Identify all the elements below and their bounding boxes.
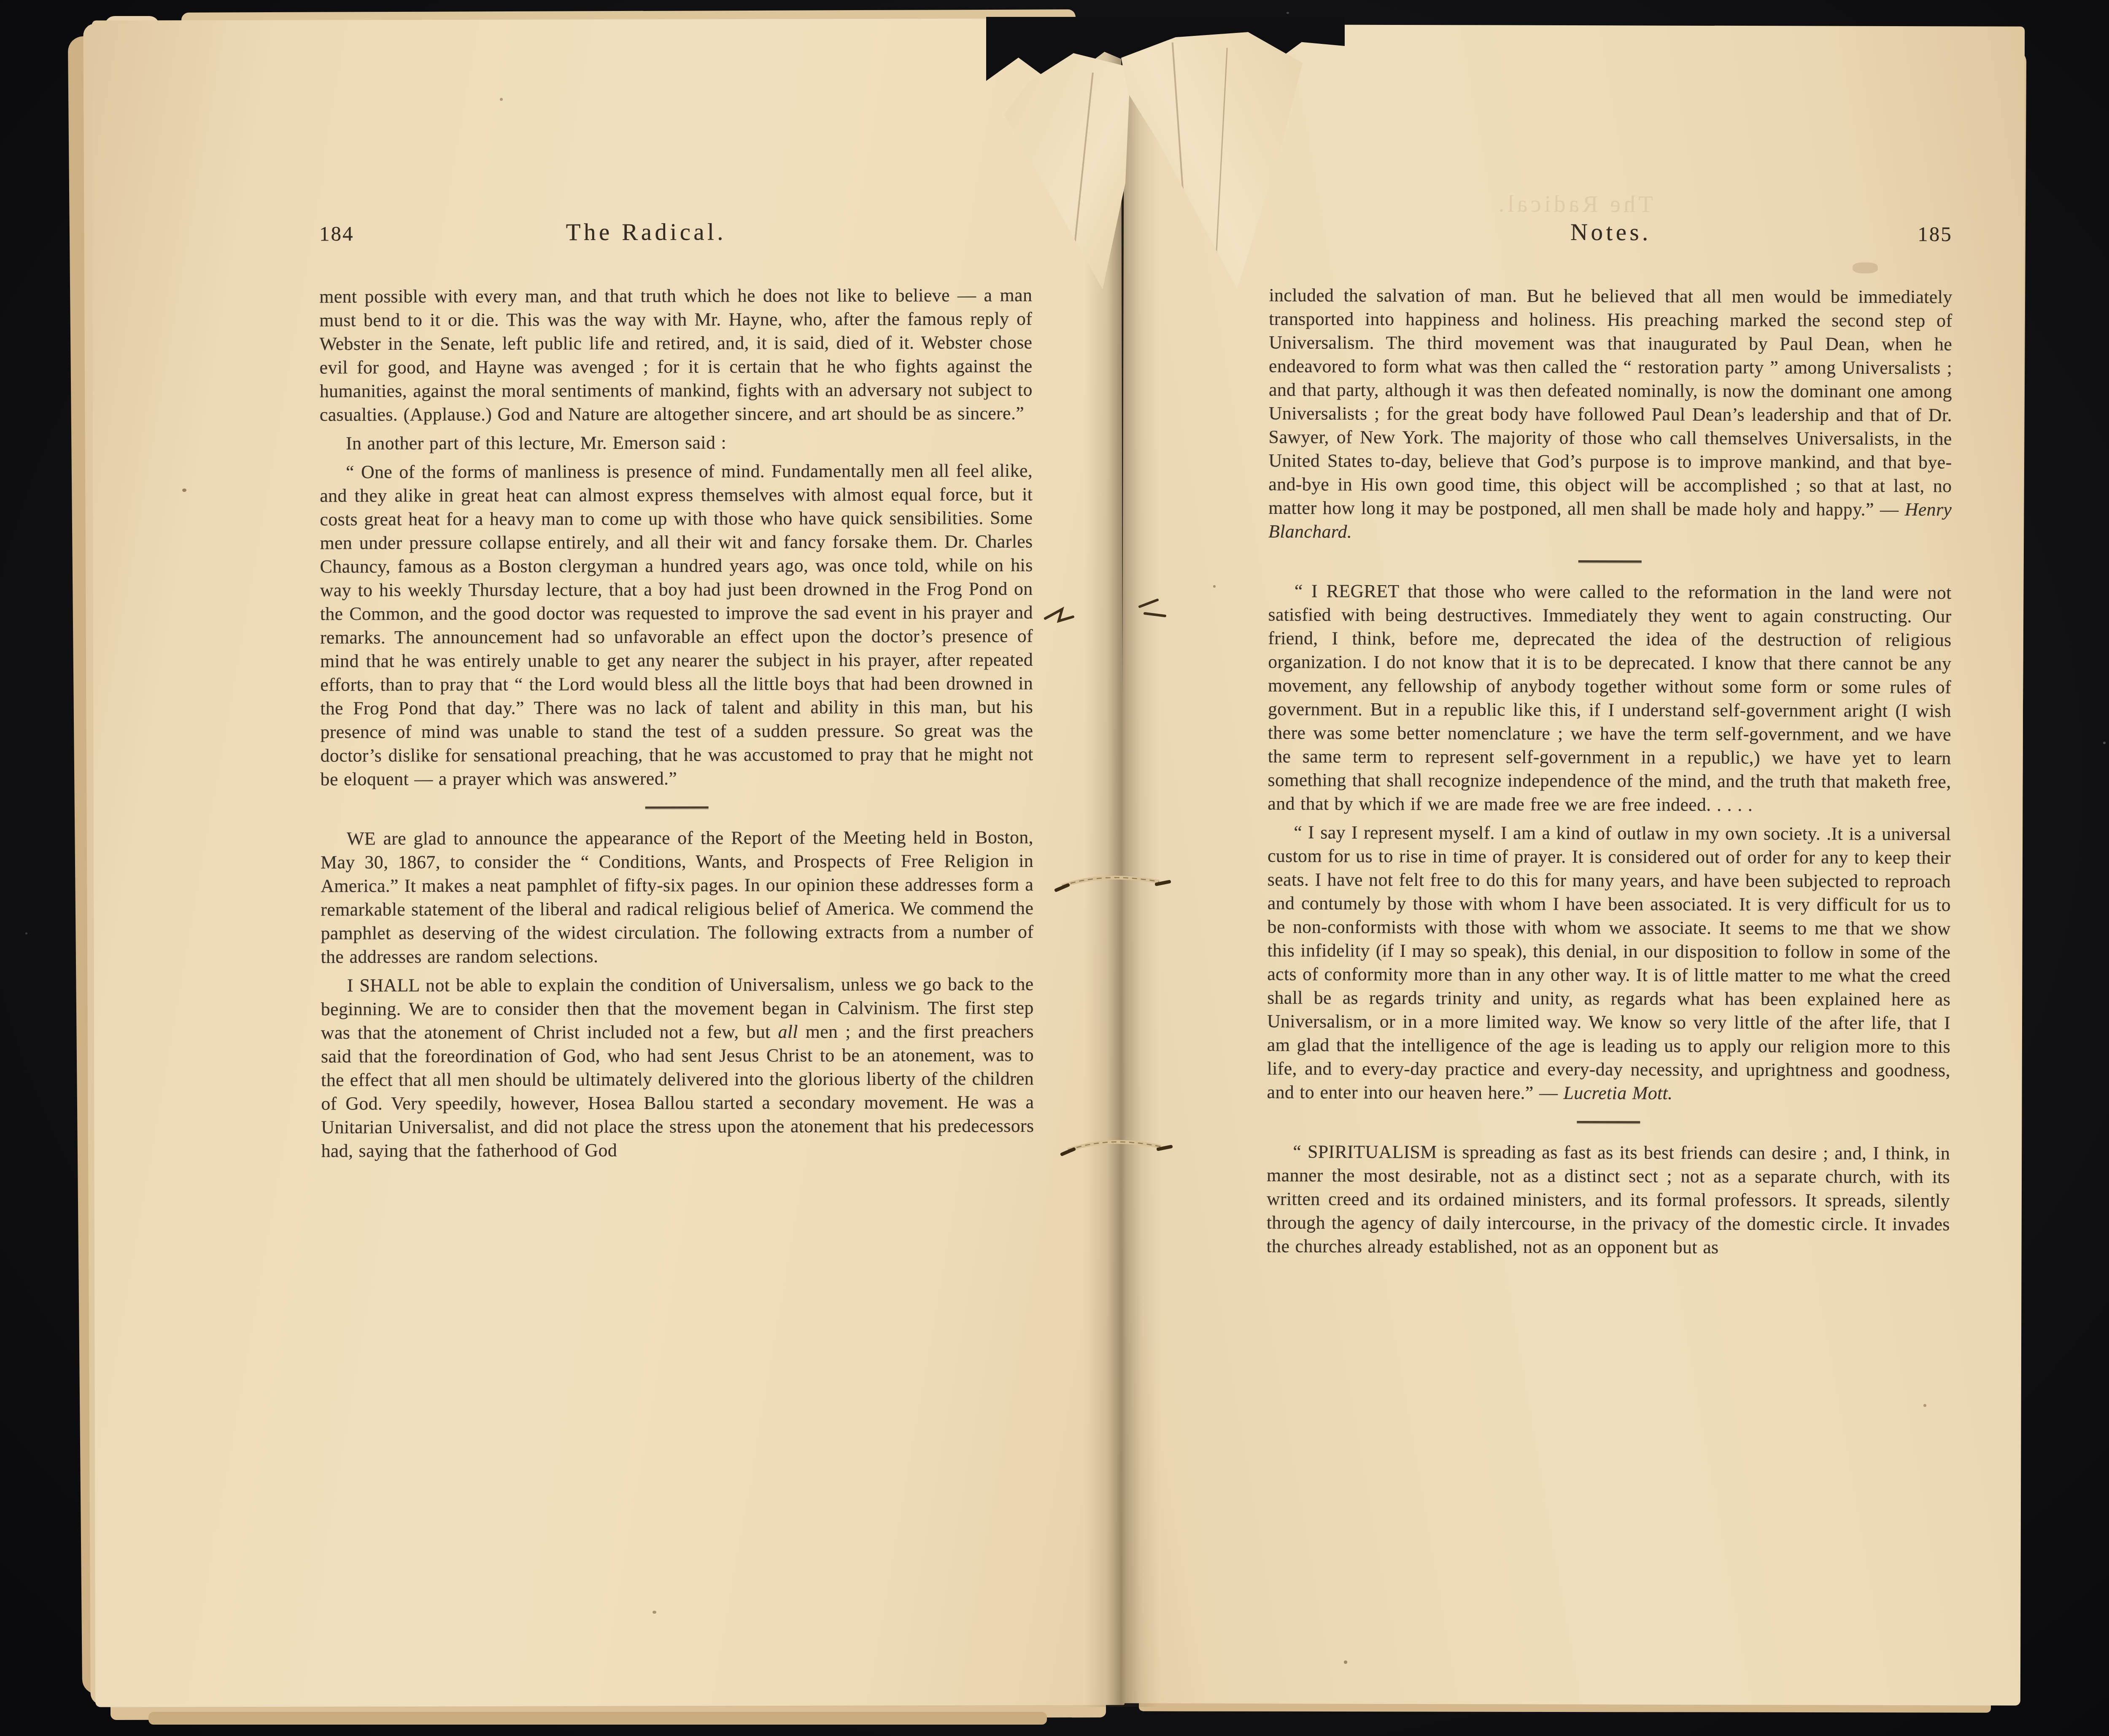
foxing-speck [182,489,186,492]
foxing-smudge [1853,262,1878,273]
foxing-speck [1344,1660,1347,1664]
paragraph: WE are glad to announce the appearance o… [321,826,1034,969]
paragraph: “ I REGRET that those who were called to… [1268,579,1951,817]
paragraph-text: included the salvation of man. But he be… [1268,285,1952,520]
paragraph-text: “ I say I represent myself. I am a kind … [1267,822,1951,1103]
foxing-speck [1213,585,1216,588]
section-divider [645,807,709,809]
paragraph: “ SPIRITUALISM is spreading as fast as i… [1267,1140,1950,1260]
paragraph: In another part of this lecture, Mr. Eme… [320,430,1033,456]
paragraph: ment possible with every man, and that t… [319,283,1033,427]
right-page-content: Notes. 185 included the salvation of man… [1267,218,1953,1260]
foxing-speck [653,1611,656,1614]
dust-speck [25,932,27,934]
paragraph: I SHALL not be able to explain the condi… [321,972,1034,1163]
fold-crease [1073,73,1094,256]
paragraph: included the salvation of man. But he be… [1268,283,1953,545]
left-page-content: 184 The Radical. ment possible with ever… [319,218,1034,1163]
foxing-speck [500,98,503,101]
foxing-speck [1923,1404,1926,1407]
page-number: 185 [1918,222,1953,246]
italic-word: all [778,1021,798,1042]
left-page: 184 The Radical. ment possible with ever… [92,18,1125,1707]
section-divider [1578,560,1642,562]
paragraph: “ I say I represent myself. I am a kind … [1267,821,1951,1106]
dust-speck [2103,742,2106,744]
book-photograph: 184 The Radical. ment possible with ever… [0,0,2109,1736]
bottom-page-stack-edge-2 [148,1712,1047,1725]
right-page-header: Notes. 185 [1269,218,1953,250]
running-title: Notes. [1269,218,1953,247]
show-through-ghost: The Radical. [1495,191,1653,218]
dust-speck [1286,12,1289,14]
paragraph: “ One of the forms of manliness is prese… [320,459,1033,791]
signature-italic: Lucretia Mott. [1564,1083,1673,1104]
fold-crease [1216,48,1228,253]
left-page-header: 184 The Radical. [319,218,1032,250]
running-title: The Radical. [290,218,1003,247]
right-page: The Radical. Notes. 185 included the sal… [1120,24,2025,1706]
section-divider [1577,1121,1640,1123]
